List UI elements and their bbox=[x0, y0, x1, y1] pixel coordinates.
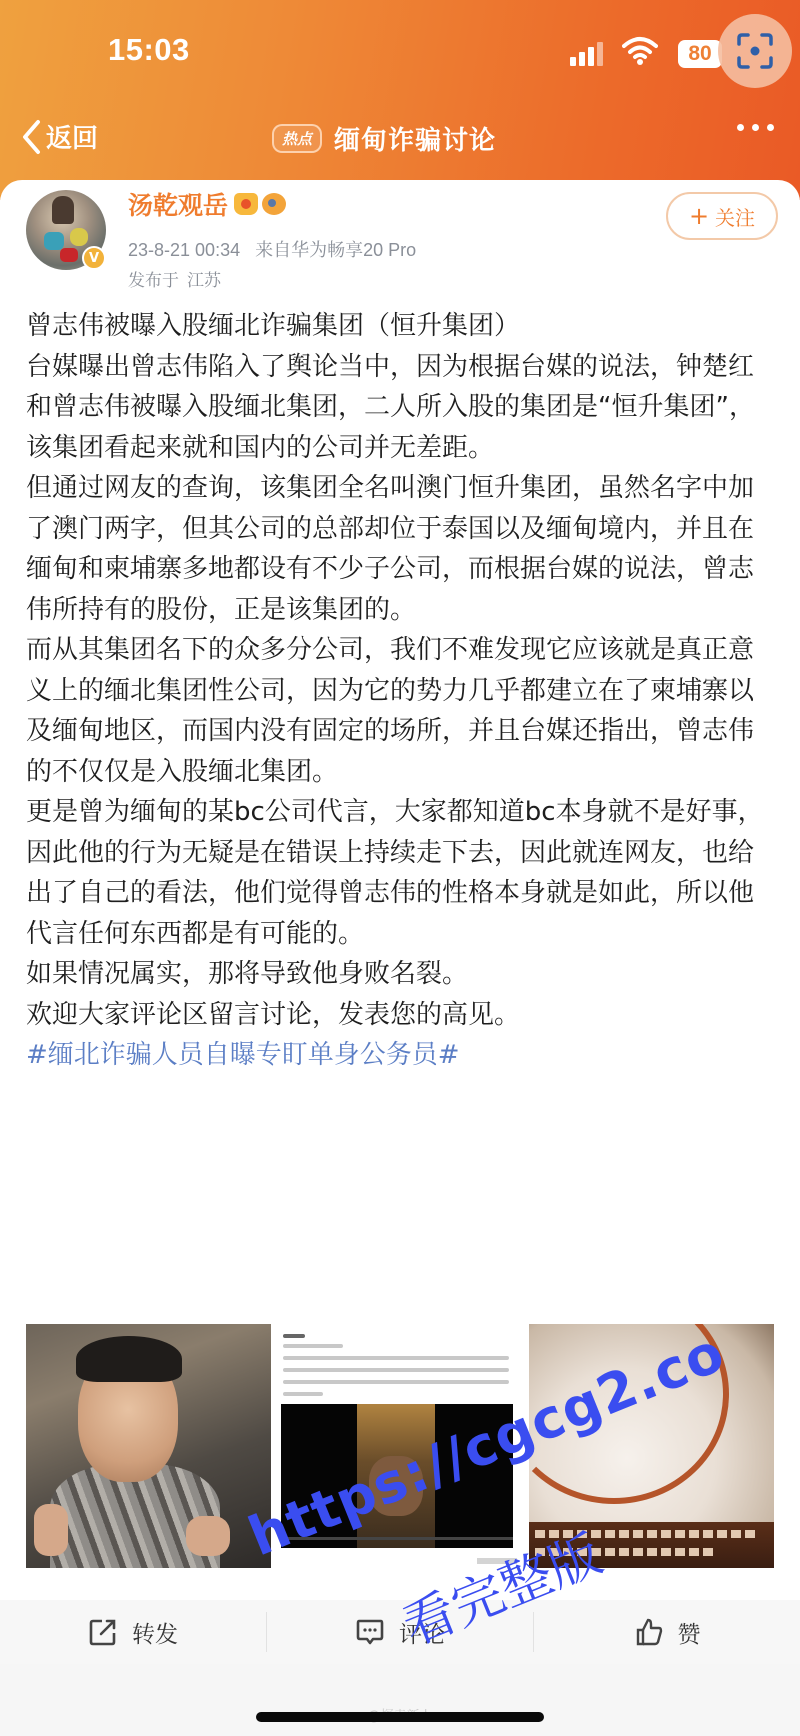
comment-icon bbox=[355, 1617, 385, 1647]
nav-bar: 返回 热点 缅甸诈骗讨论 bbox=[0, 110, 800, 170]
nav-title-group: 热点 缅甸诈骗讨论 bbox=[272, 120, 496, 157]
author-name-row[interactable]: 汤乾观岳 bbox=[128, 186, 286, 222]
post-body: 曾志伟被曝入股缅北诈骗集团（恒升集团） 台媒曝出曾志伟陷入了舆论当中，因为根据台… bbox=[26, 306, 768, 1076]
hashtag-link[interactable]: #缅北诈骗人员自曝专盯单身公务员# bbox=[26, 1035, 768, 1076]
sun-badge-icon bbox=[262, 193, 286, 215]
post-paragraph: 更是曾为缅甸的某bc公司代言，大家都知道bc本身就不是好事，因此他的行为无疑是在… bbox=[26, 792, 768, 954]
post-timestamp: 23-8-21 00:34 bbox=[128, 240, 240, 260]
post-source: 来自华为畅享20 Pro bbox=[255, 240, 416, 260]
like-label: 赞 bbox=[678, 1616, 701, 1649]
comment-label: 评论 bbox=[399, 1616, 445, 1649]
post-paragraph: 如果情况属实，那将导致他身败名裂。 bbox=[26, 954, 768, 995]
status-bar: 15:03 80 bbox=[0, 0, 800, 100]
back-label: 返回 bbox=[46, 118, 98, 155]
chevron-left-icon bbox=[20, 119, 42, 155]
more-options-button[interactable] bbox=[737, 124, 774, 131]
post-paragraph: 而从其集团名下的众多分公司，我们不难发现它应该就是真正意义上的缅北集团性公司，因… bbox=[26, 630, 768, 792]
follow-label: 关注 bbox=[715, 202, 755, 231]
status-time: 15:03 bbox=[108, 32, 190, 68]
page-title: 缅甸诈骗讨论 bbox=[334, 120, 496, 157]
post-paragraph: 欢迎大家评论区留言讨论，发表您的高见。 bbox=[26, 995, 768, 1036]
wifi-icon bbox=[622, 36, 658, 66]
home-indicator[interactable] bbox=[256, 1712, 544, 1722]
repost-button[interactable]: 转发 bbox=[0, 1616, 266, 1649]
battery-indicator: 80 bbox=[678, 40, 722, 68]
post-paragraph: 台媒曝出曾志伟陷入了舆论当中，因为根据台媒的说法，钟楚红和曾志伟被曝入股缅北集团… bbox=[26, 347, 768, 469]
location-prefix: 发布于 bbox=[128, 271, 179, 291]
post-image-3[interactable] bbox=[529, 1324, 774, 1568]
post-paragraph: 曾志伟被曝入股缅北诈骗集团（恒升集团） bbox=[26, 306, 768, 347]
screen-scan-button[interactable] bbox=[718, 14, 792, 88]
more-dots-icon bbox=[737, 124, 744, 131]
comment-button[interactable]: 评论 bbox=[267, 1616, 533, 1649]
post-card: V 汤乾观岳 23-8-21 00:34 来自华为畅享20 Pro 发布于江苏 … bbox=[0, 180, 800, 1600]
signal-icon bbox=[570, 42, 602, 66]
post-paragraph: 但通过网友的查询，该集团全名叫澳门恒升集团，虽然名字中加了澳门两字，但其公司的总… bbox=[26, 468, 768, 630]
post-meta: 23-8-21 00:34 来自华为畅享20 Pro bbox=[128, 236, 416, 262]
screen-scan-icon bbox=[736, 32, 774, 70]
post-image-1[interactable] bbox=[26, 1324, 271, 1568]
post-image-2[interactable] bbox=[277, 1324, 522, 1568]
crown-badge-icon bbox=[234, 193, 258, 215]
repost-icon bbox=[88, 1617, 118, 1647]
hot-badge: 热点 bbox=[272, 124, 322, 153]
repost-label: 转发 bbox=[132, 1616, 178, 1649]
author-name: 汤乾观岳 bbox=[128, 186, 228, 222]
like-button[interactable]: 赞 bbox=[534, 1616, 800, 1649]
back-button[interactable]: 返回 bbox=[20, 118, 98, 155]
thumbs-up-icon bbox=[634, 1617, 664, 1647]
video-thumbnail[interactable] bbox=[281, 1404, 513, 1548]
action-bar: 转发 评论 赞 bbox=[0, 1600, 800, 1664]
verified-badge-icon: V bbox=[82, 246, 106, 270]
location-value: 江苏 bbox=[187, 271, 221, 291]
post-location: 发布于江苏 bbox=[128, 266, 221, 291]
plus-icon: + bbox=[689, 202, 709, 230]
post-images bbox=[26, 1324, 774, 1574]
follow-button[interactable]: + 关注 bbox=[666, 192, 778, 240]
